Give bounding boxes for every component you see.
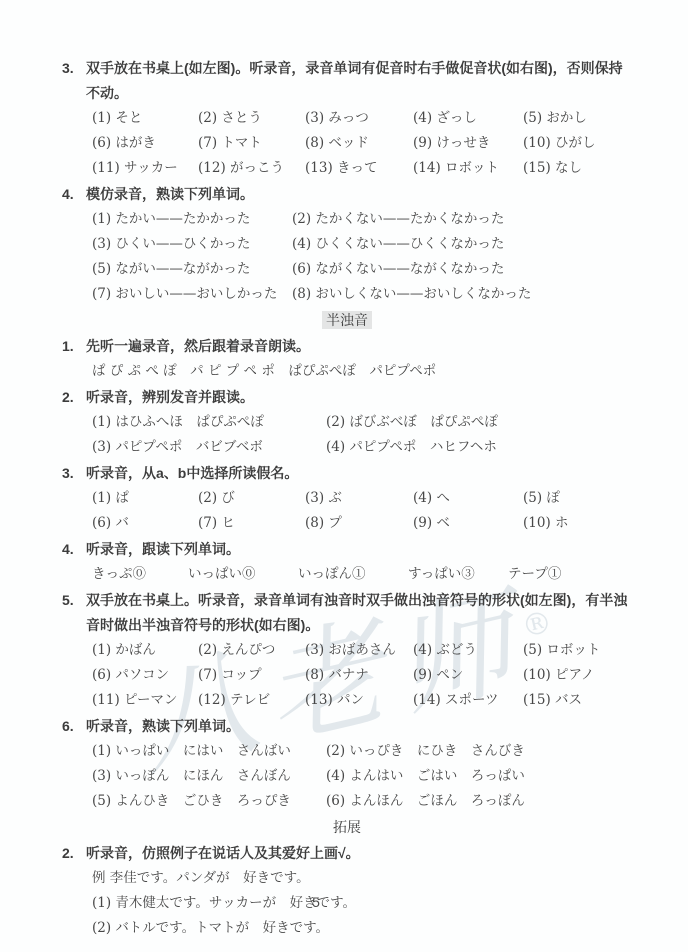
word-pair: (8) おいしくない——おいしくなかった [292, 282, 632, 307]
exercise-instruction: 先听一遍录音，然后跟着录音朗读。 [86, 334, 632, 359]
accent-word: きっぷ⓪ [92, 562, 188, 587]
word-item: (15) バス [523, 688, 632, 713]
exercise-number: 4. [62, 182, 86, 307]
exercise-tuozhan-2: 2. 听录音，仿照例子在说话人及其爱好上画√。 例 李佳です。パンダが 好きです… [62, 841, 632, 941]
word-pair-grid: (1) たかい——たかかった (2) たかくない——たかくなかった (3) ひく… [86, 207, 632, 307]
exercise-number: 6. [62, 714, 86, 814]
word-item: (9) ペン [413, 663, 523, 688]
exercise-handakuon-4: 4. 听录音，跟读下列单词。 きっぷ⓪ いっぱい⓪ いっぽん① すっぱい③ テー… [62, 537, 632, 587]
kana-pair: (2) ばびぶべぼ ぱぴぷぺぽ [326, 410, 632, 435]
section-heading-handakuon: 半浊音 [62, 308, 632, 333]
counter-words: (3) いっぽん にほん さんぼん [92, 764, 326, 789]
word-item: (6) パソコン [92, 663, 198, 688]
word-item: (3) おばあさん [305, 638, 413, 663]
word-grid: (1) そと (2) さとう (3) みっつ (4) ざっし (5) おかし (… [86, 106, 632, 181]
kana-pair: (1) はひふへほ ぱぴぷぺぽ [92, 410, 326, 435]
counter-word-grid: (1) いっぱい にはい さんばい (2) いっぴき にひき さんびき (3) … [86, 739, 632, 814]
example-sentence: 例 李佳です。パンダが 好きです。 [86, 866, 632, 891]
kana-pair: (4) パピプペポ ハヒフヘホ [326, 435, 632, 460]
exercise-handakuon-6: 6. 听录音，熟读下列单词。 (1) いっぱい にはい さんばい (2) いっぴ… [62, 714, 632, 814]
kana-pair: (3) パピプペポ バビブベボ [92, 435, 326, 460]
exercise-instruction: 听录音，仿照例子在说话人及其爱好上画√。 [86, 841, 632, 866]
exercise-instruction: 听录音，从a、b中选择所读假名。 [86, 461, 632, 486]
word-item: (1) かばん [92, 638, 198, 663]
word-pair: (5) ながい——ながかった [92, 257, 292, 282]
word-item: (5) おかし [523, 106, 632, 131]
word-item: (7) トマト [198, 131, 305, 156]
kana-item: (8) プ [305, 511, 413, 536]
kana-item: (6) バ [92, 511, 198, 536]
accent-word: いっぽん① [298, 562, 408, 587]
counter-words: (6) よんほん ごほん ろっぽん [326, 789, 632, 814]
section-title: 半浊音 [322, 311, 372, 329]
kana-item: (10) ホ [523, 511, 632, 536]
word-item: (5) ロボット [523, 638, 632, 663]
kana-item: (3) ぶ [305, 486, 413, 511]
exercise-number: 3. [62, 461, 86, 536]
kana-grid: (1) ぱ (2) び (3) ぶ (4) へ (5) ぽ (6) バ (7) … [86, 486, 632, 536]
word-item: (12) がっこう [198, 156, 305, 181]
kana-item: (4) へ [413, 486, 523, 511]
exercise-handakuon-2: 2. 听录音，辨别发音并跟读。 (1) はひふへほ ぱぴぷぺぽ (2) ばびぶべ… [62, 385, 632, 460]
exercise-number: 3. [62, 56, 86, 181]
sentence-item: (2) バトルです。トマトが 好きです。 [86, 916, 632, 941]
word-pair: (3) ひくい——ひくかった [92, 232, 292, 257]
word-item: (13) パン [305, 688, 413, 713]
exercise-instruction: 双手放在书桌上(如左图)。听录音，录音单词有促音时右手做促音状(如右图)，否则保… [86, 56, 632, 106]
word-item: (4) ぶどう [413, 638, 523, 663]
kana-item: (9) ベ [413, 511, 523, 536]
page-number: 5 [0, 894, 632, 910]
section-title: 拓展 [329, 818, 365, 836]
word-item: (13) きって [305, 156, 413, 181]
word-item: (4) ざっし [413, 106, 523, 131]
exercise-number: 1. [62, 334, 86, 384]
exercise-instruction: 模仿录音，熟读下列单词。 [86, 182, 632, 207]
word-item: (8) バナナ [305, 663, 413, 688]
exercise-handakuon-5: 5. 双手放在书桌上。听录音，录音单词有浊音时双手做出浊音符号的形状(如左图)，… [62, 588, 632, 713]
word-item: (11) ピーマン [92, 688, 198, 713]
counter-words: (1) いっぱい にはい さんばい [92, 739, 326, 764]
kana-item: (7) ヒ [198, 511, 305, 536]
word-item: (3) みっつ [305, 106, 413, 131]
word-item: (8) ベッド [305, 131, 413, 156]
word-item: (1) そと [92, 106, 198, 131]
exercise-instruction: 听录音，辨别发音并跟读。 [86, 385, 632, 410]
word-item: (6) はがき [92, 131, 198, 156]
accent-word: いっぱい⓪ [188, 562, 298, 587]
section-heading-tuozhan: 拓展 [62, 815, 632, 840]
textbook-page: 3. 双手放在书桌上(如左图)。听录音，录音单词有促音时右手做促音状(如右图)，… [0, 0, 688, 952]
kana-pair-grid: (1) はひふへほ ぱぴぷぺぽ (2) ばびぶべぼ ぱぴぷぺぽ (3) パピプペ… [86, 410, 632, 460]
exercise-instruction: 听录音，跟读下列单词。 [86, 537, 632, 562]
kana-item: (1) ぱ [92, 486, 198, 511]
word-pair: (4) ひくくない——ひくくなかった [292, 232, 632, 257]
counter-words: (5) よんひき ごひき ろっぴき [92, 789, 326, 814]
word-grid: (1) かばん (2) えんぴつ (3) おばあさん (4) ぶどう (5) ロ… [86, 638, 632, 713]
exercise-number: 4. [62, 537, 86, 587]
kana-item: (5) ぽ [523, 486, 632, 511]
word-pair: (1) たかい——たかかった [92, 207, 292, 232]
exercise-sokuon-3: 3. 双手放在书桌上(如左图)。听录音，录音单词有促音时右手做促音状(如右图)，… [62, 56, 632, 181]
word-pair: (7) おいしい——おいしかった [92, 282, 292, 307]
kana-line: ぱ ぴ ぷ ぺ ぽ パ ピ プ ペ ポ ぱぴぷぺぽ パピプペポ [86, 359, 632, 384]
exercise-instruction: 听录音，熟读下列单词。 [86, 714, 632, 739]
kana-item: (2) び [198, 486, 305, 511]
word-item: (10) ピアノ [523, 663, 632, 688]
word-item: (2) えんぴつ [198, 638, 305, 663]
accent-word: テープ① [508, 562, 632, 587]
word-item: (9) けっせき [413, 131, 523, 156]
exercise-handakuon-1: 1. 先听一遍录音，然后跟着录音朗读。 ぱ ぴ ぷ ぺ ぽ パ ピ プ ペ ポ … [62, 334, 632, 384]
accent-word-grid: きっぷ⓪ いっぱい⓪ いっぽん① すっぱい③ テープ① [86, 562, 632, 587]
exercise-number: 2. [62, 385, 86, 460]
exercise-instruction: 双手放在书桌上。听录音，录音单词有浊音时双手做出浊音符号的形状(如左图)，有半浊… [86, 588, 632, 638]
word-item: (14) スポーツ [413, 688, 523, 713]
word-item: (11) サッカー [92, 156, 198, 181]
word-item: (15) なし [523, 156, 632, 181]
word-pair: (2) たかくない——たかくなかった [292, 207, 632, 232]
counter-words: (2) いっぴき にひき さんびき [326, 739, 632, 764]
word-item: (2) さとう [198, 106, 305, 131]
accent-word: すっぱい③ [408, 562, 508, 587]
word-item: (14) ロボット [413, 156, 523, 181]
word-item: (10) ひがし [523, 131, 632, 156]
exercise-handakuon-3: 3. 听录音，从a、b中选择所读假名。 (1) ぱ (2) び (3) ぶ (4… [62, 461, 632, 536]
exercise-number: 2. [62, 841, 86, 941]
word-item: (12) テレビ [198, 688, 305, 713]
exercise-sokuon-4: 4. 模仿录音，熟读下列单词。 (1) たかい——たかかった (2) たかくない… [62, 182, 632, 307]
word-pair: (6) ながくない——ながくなかった [292, 257, 632, 282]
exercise-number: 5. [62, 588, 86, 713]
counter-words: (4) よんはい ごはい ろっぱい [326, 764, 632, 789]
word-item: (7) コップ [198, 663, 305, 688]
